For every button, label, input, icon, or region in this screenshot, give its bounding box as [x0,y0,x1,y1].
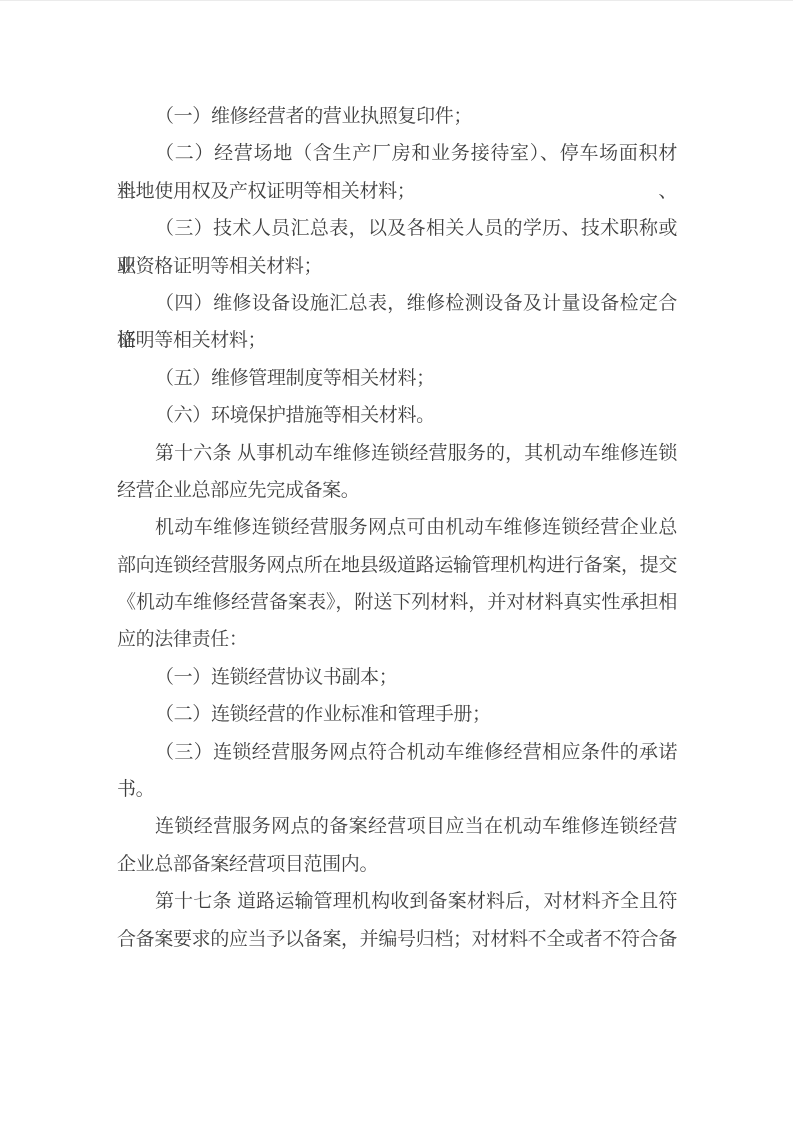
text-line: （二）经营场地（含生产厂房和业务接待室）、停车场面积材料、 [117,135,677,172]
chain-list-item-1: （一）连锁经营协议书副本； [117,659,677,696]
text-line: 第十七条 道路运输管理机构收到备案材料后，对材料齐全且符 [117,883,677,920]
text-line: 连锁经营服务网点的备案经营项目应当在机动车维修连锁经营 [117,808,677,845]
document-page: （一）维修经营者的营业执照复印件； （二）经营场地（含生产厂房和业务接待室）、停… [0,0,793,1122]
text-line: 第十六条 从事机动车维修连锁经营服务的，其机动车维修连锁 [117,435,677,472]
text-line: 书。 [117,771,677,808]
materials-list-item-3: （三）技术人员汇总表，以及各相关人员的学历、技术职称或职 业资格证明等相关材料； [117,210,677,285]
text-line: 证明等相关材料； [117,322,677,359]
materials-list-item-1: （一）维修经营者的营业执照复印件； [117,98,677,135]
chain-list-item-3: （三）连锁经营服务网点符合机动车维修经营相应条件的承诺 书。 [117,734,677,809]
materials-list-item-4: （四）维修设备设施汇总表，维修检测设备及计量设备检定合格 证明等相关材料； [117,285,677,360]
chain-list-item-2: （二）连锁经营的作业标准和管理手册； [117,696,677,733]
text-line: （六）环境保护措施等相关材料。 [117,397,677,434]
filing-scope-paragraph: 连锁经营服务网点的备案经营项目应当在机动车维修连锁经营 企业总部备案经营项目范围… [117,808,677,883]
materials-list-item-6: （六）环境保护措施等相关材料。 [117,397,677,434]
text-line: 业资格证明等相关材料； [117,248,677,285]
article-16-intro-paragraph: 第十六条 从事机动车维修连锁经营服务的，其机动车维修连锁 经营企业总部应先完成备… [117,435,677,510]
text-line: （一）维修经营者的营业执照复印件； [117,98,677,135]
materials-list-item-5: （五）维修管理制度等相关材料； [117,360,677,397]
text-line: （二）连锁经营的作业标准和管理手册； [117,696,677,733]
article-17-paragraph: 第十七条 道路运输管理机构收到备案材料后，对材料齐全且符 合备案要求的应当予以备… [117,883,677,958]
text-line: 企业总部备案经营项目范围内。 [117,846,677,883]
article-16-filing-paragraph: 机动车维修连锁经营服务网点可由机动车维修连锁经营企业总 部向连锁经营服务网点所在… [117,509,677,659]
text-line: 经营企业总部应先完成备案。 [117,472,677,509]
document-text-block: （一）维修经营者的营业执照复印件； （二）经营场地（含生产厂房和业务接待室）、停… [117,98,677,958]
text-line: 部向连锁经营服务网点所在地县级道路运输管理机构进行备案，提交 [117,547,677,584]
text-line: （三）连锁经营服务网点符合机动车维修经营相应条件的承诺 [117,734,677,771]
text-line: （五）维修管理制度等相关材料； [117,360,677,397]
text-line: 合备案要求的应当予以备案，并编号归档；对材料不全或者不符合备 [117,921,677,958]
text-line: （三）技术人员汇总表，以及各相关人员的学历、技术职称或职 [117,210,677,247]
text-line: （一）连锁经营协议书副本； [117,659,677,696]
materials-list-item-2: （二）经营场地（含生产厂房和业务接待室）、停车场面积材料、 土地使用权及产权证明… [117,135,677,210]
text-line: 应的法律责任： [117,621,677,658]
text-line: 《机动车维修经营备案表》，附送下列材料，并对材料真实性承担相 [117,584,677,621]
text-line: （四）维修设备设施汇总表，维修检测设备及计量设备检定合格 [117,285,677,322]
text-line: 机动车维修连锁经营服务网点可由机动车维修连锁经营企业总 [117,509,677,546]
